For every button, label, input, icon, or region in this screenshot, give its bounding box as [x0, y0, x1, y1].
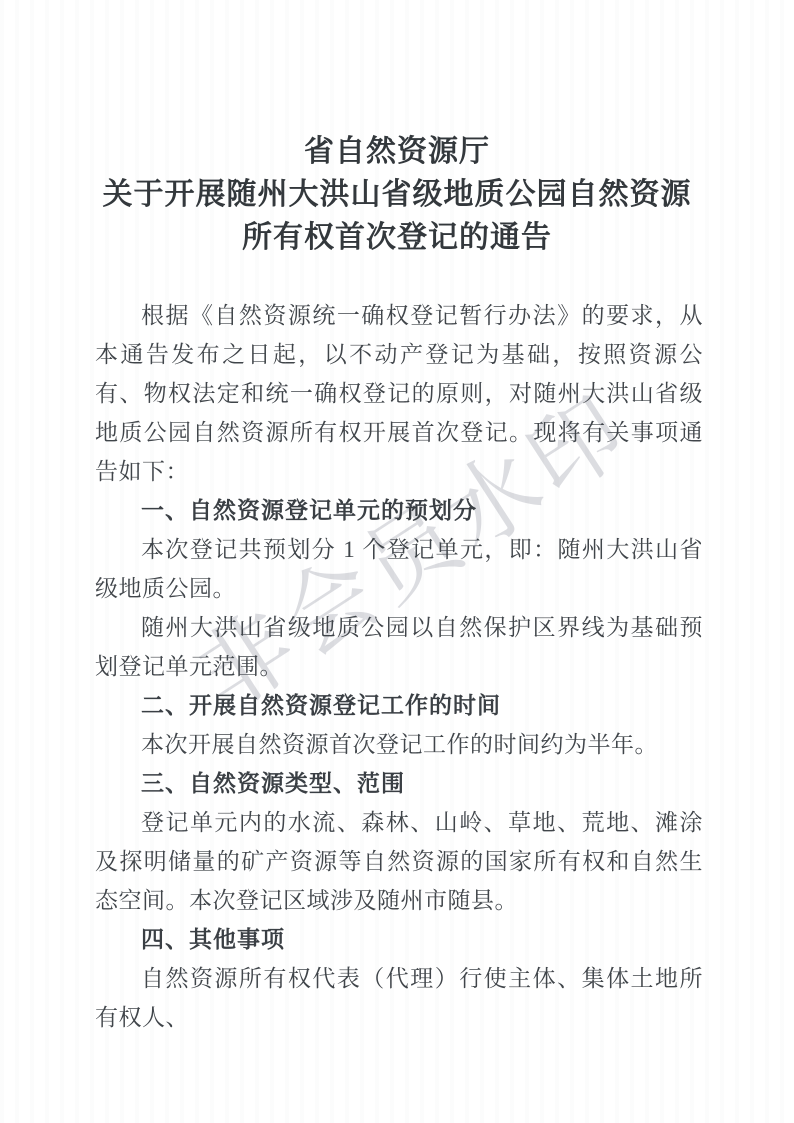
document-content: 省自然资源厅 关于开展随州大洪山省级地质公园自然资源 所有权首次登记的通告 根据… — [0, 0, 794, 1037]
paragraph-section-3-scope: 登记单元内的水流、森林、山岭、草地、荒地、滩涂及探明储量的矿产资源等自然资源的国… — [95, 803, 703, 920]
heading-section-3: 三、自然资源类型、范围 — [95, 764, 703, 803]
document-title: 省自然资源厅 关于开展随州大洪山省级地质公园自然资源 所有权首次登记的通告 — [0, 0, 794, 259]
title-line-issuer: 省自然资源厅 — [0, 130, 794, 173]
document-page: 非会员水印 省自然资源厅 关于开展随州大洪山省级地质公园自然资源 所有权首次登记… — [0, 0, 794, 1123]
heading-section-4: 四、其他事项 — [95, 920, 703, 959]
paragraph-section-1-unit-count: 本次登记共预划分 1 个登记单元，即：随州大洪山省级地质公园。 — [95, 530, 703, 608]
paragraph-section-2-duration: 本次开展自然资源首次登记工作的时间约为半年。 — [95, 725, 703, 764]
heading-section-2: 二、开展自然资源登记工作的时间 — [95, 686, 703, 725]
heading-section-1: 一、自然资源登记单元的预划分 — [95, 491, 703, 530]
title-line-subject: 关于开展随州大洪山省级地质公园自然资源 — [0, 173, 794, 216]
paragraph-intro: 根据《自然资源统一确权登记暂行办法》的要求，从本通告发布之日起，以不动产登记为基… — [95, 296, 703, 491]
document-body: 根据《自然资源统一确权登记暂行办法》的要求，从本通告发布之日起，以不动产登记为基… — [95, 296, 703, 1037]
paragraph-section-4-other: 自然资源所有权代表（代理）行使主体、集体土地所有权人、 — [95, 959, 703, 1037]
paragraph-section-1-boundary: 随州大洪山省级地质公园以自然保护区界线为基础预划登记单元范围。 — [95, 608, 703, 686]
title-line-doctype: 所有权首次登记的通告 — [0, 216, 794, 259]
